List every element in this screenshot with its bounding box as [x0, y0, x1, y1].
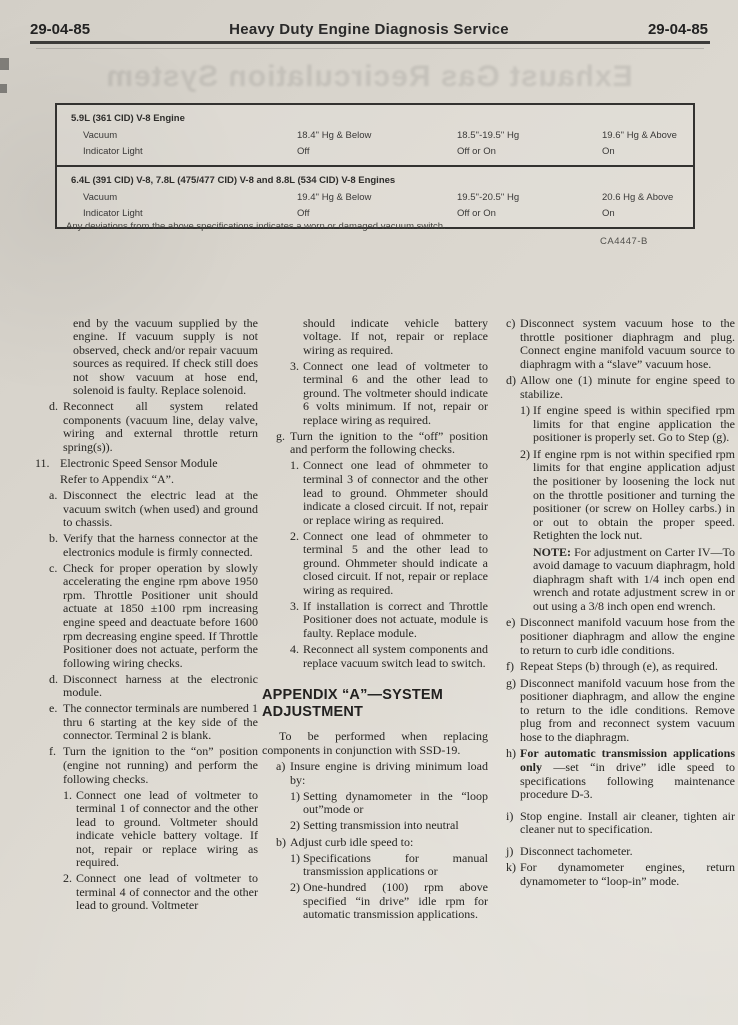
list-item-text: Connect one lead of voltmeter to termina…	[303, 360, 488, 428]
list-item-text: Turn the ignition to the “on” position (…	[63, 745, 258, 786]
page-title: Heavy Duty Engine Diagnosis Service	[229, 21, 509, 38]
table-note: Any deviations from the above specificat…	[66, 221, 446, 232]
list-item-label: 2.	[290, 530, 303, 598]
list-item-text: Disconnect the electric lead at the vacu…	[63, 489, 258, 530]
table-section-header: 6.4L (391 CID) V-8, 7.8L (475/477 CID) V…	[57, 172, 416, 190]
list-item: 1)Setting dynamometer in the “loop out”m…	[262, 790, 488, 817]
table-cell: Off or On	[457, 145, 602, 159]
figure-code: CA4447-B	[600, 236, 648, 247]
list-item: f.Turn the ignition to the “on” position…	[35, 745, 258, 786]
list-item: a)Insure engine is driving minimum load …	[262, 760, 488, 787]
list-item-label: e.	[49, 702, 63, 743]
list-item-text: If installation is correct and Throttle …	[303, 600, 488, 641]
list-item-label: 1)	[290, 790, 303, 817]
list-item-label: a)	[276, 760, 290, 787]
list-item-label: 3.	[290, 600, 303, 641]
text-column-2: should indicate vehicle battery voltage.…	[262, 314, 488, 924]
list-item: Refer to Appendix “A”.	[35, 473, 258, 487]
list-item-text: Insure engine is driving minimum load by…	[290, 760, 488, 787]
list-item-text: Stop engine. Install air cleaner, tighte…	[520, 810, 735, 837]
list-item-label: 2)	[520, 448, 533, 543]
list-item-text: Repeat Steps (b) through (e), as require…	[520, 660, 735, 674]
table-row: Indicator LightOffOff or OnOn	[57, 144, 693, 160]
table-row-label: Vacuum	[71, 191, 297, 205]
list-item: c)Disconnect system vacuum hose to the t…	[492, 317, 735, 371]
vacuum-spec-table: 5.9L (361 CID) V-8 EngineVacuum18.4'' Hg…	[55, 103, 695, 229]
section-heading: APPENDIX “A”—SYSTEM ADJUSTMENT	[262, 687, 488, 721]
list-item: b.Verify that the harness connector at t…	[35, 532, 258, 559]
list-item-text: One-hundred (100) rpm above specified “i…	[303, 881, 488, 922]
list-item-text: Adjust curb idle speed to:	[290, 836, 488, 850]
list-item: g)Disconnect manifold vacuum hose from t…	[492, 677, 735, 745]
list-item: j)Disconnect tachometer.	[492, 845, 735, 859]
list-item-text: Disconnect manifold vacuum hose from the…	[520, 616, 735, 657]
table-cell: Off or On	[457, 207, 602, 221]
page-number-left: 29-04-85	[30, 21, 90, 38]
list-item-label: 3.	[290, 360, 303, 428]
list-item: k)For dynamometer engines, return dynamo…	[492, 861, 735, 888]
list-item-label: i)	[506, 810, 520, 837]
list-item-text: Disconnect harness at the electronic mod…	[63, 673, 258, 700]
page-number-right: 29-04-85	[648, 21, 708, 38]
table-cell: 19.4'' Hg & Below	[297, 191, 457, 205]
list-item-label: 1)	[290, 852, 303, 879]
list-item-label: 11.	[35, 457, 60, 471]
list-item-text: For automatic transmission applications …	[520, 747, 735, 801]
list-item-text: Refer to Appendix “A”.	[60, 473, 258, 487]
table-row-label: Indicator Light	[71, 207, 297, 221]
list-item: i)Stop engine. Install air cleaner, tigh…	[492, 810, 735, 837]
list-item: d)Allow one (1) minute for engine speed …	[492, 374, 735, 401]
list-item-text: should indicate vehicle battery voltage.…	[303, 317, 488, 358]
list-item: 1.Connect one lead of ohmmeter to termin…	[262, 459, 488, 527]
list-item-label: f)	[506, 660, 520, 674]
note-paragraph: NOTE: For adjustment on Carter IV—To avo…	[492, 546, 735, 614]
list-item-text: Connect one lead of voltmeter to termina…	[76, 789, 258, 870]
list-item: e)Disconnect manifold vacuum hose from t…	[492, 616, 735, 657]
list-item-label: b)	[276, 836, 290, 850]
list-item: should indicate vehicle battery voltage.…	[262, 317, 488, 358]
list-item-text: Electronic Speed Sensor Module	[60, 457, 258, 471]
list-item-text: Reconnect all system components and repl…	[303, 643, 488, 670]
paragraph: To be performed when replacing component…	[262, 730, 488, 757]
list-item: end by the vacuum supplied by the engine…	[35, 317, 258, 398]
list-item-label: c.	[49, 562, 63, 670]
list-item: d.Disconnect harness at the electronic m…	[35, 673, 258, 700]
list-item-label: 1.	[63, 789, 76, 870]
list-item-label: 4.	[290, 643, 303, 670]
list-item: 2.Connect one lead of ohmmeter to termin…	[262, 530, 488, 598]
table-row-label: Indicator Light	[71, 145, 297, 159]
table-section: 6.4L (391 CID) V-8, 7.8L (475/477 CID) V…	[57, 165, 693, 227]
header-rule	[30, 41, 710, 44]
table-cell: On	[602, 207, 693, 221]
list-item-label: 1)	[520, 404, 533, 445]
table-cell: 19.6'' Hg & Above	[602, 129, 693, 143]
list-item-text: The connector terminals are numbered 1 t…	[63, 702, 258, 743]
list-item: 4.Reconnect all system components and re…	[262, 643, 488, 670]
list-item-label: g.	[276, 430, 290, 457]
table-row: Vacuum19.4'' Hg & Below19.5''-20.5'' Hg2…	[57, 190, 693, 206]
table-cell: Off	[297, 145, 457, 159]
table-row: Vacuum18.4'' Hg & Below18.5''-19.5'' Hg1…	[57, 128, 693, 144]
table-cell: 19.5''-20.5'' Hg	[457, 191, 602, 205]
list-item: 1.Connect one lead of voltmeter to termi…	[35, 789, 258, 870]
list-item-label: e)	[506, 616, 520, 657]
spec-table-body: 5.9L (361 CID) V-8 EngineVacuum18.4'' Hg…	[57, 105, 693, 227]
list-item-label: c)	[506, 317, 520, 371]
bleed-through-ghost-title: Exhaust Gas Recirculation System	[0, 54, 738, 100]
list-item: 11.Electronic Speed Sensor Module	[35, 457, 258, 471]
list-item: d.Reconnect all system related component…	[35, 400, 258, 454]
list-item: 2)One-hundred (100) rpm above specified …	[262, 881, 488, 922]
list-item-text: If engine rpm is not within specified rp…	[533, 448, 735, 543]
list-item: a.Disconnect the electric lead at the va…	[35, 489, 258, 530]
list-item: f)Repeat Steps (b) through (e), as requi…	[492, 660, 735, 674]
list-item: g.Turn the ignition to the “off” positio…	[262, 430, 488, 457]
list-item: 1)If engine speed is within specified rp…	[492, 404, 735, 445]
list-item-text: end by the vacuum supplied by the engine…	[73, 317, 258, 398]
list-item-text: Check for proper operation by slowly acc…	[63, 562, 258, 670]
list-item-text: Connect one lead of ohmmeter to terminal…	[303, 530, 488, 598]
table-row: Indicator LightOffOff or OnOn	[57, 206, 693, 222]
list-item-label: 1.	[290, 459, 303, 527]
list-item-text: Disconnect tachometer.	[520, 845, 735, 859]
header-rule-faint	[36, 48, 704, 49]
list-item-label: d.	[49, 400, 63, 454]
list-item-label: 2)	[290, 881, 303, 922]
table-section-header: 5.9L (361 CID) V-8 Engine	[57, 110, 416, 128]
list-item-text: Connect one lead of ohmmeter to terminal…	[303, 459, 488, 527]
table-cell: On	[602, 145, 693, 159]
list-item: 3.If installation is correct and Throttl…	[262, 600, 488, 641]
list-item-label: 2)	[290, 819, 303, 833]
list-item: c.Check for proper operation by slowly a…	[35, 562, 258, 670]
list-item-text: Verify that the harness connector at the…	[63, 532, 258, 559]
list-item: b)Adjust curb idle speed to:	[262, 836, 488, 850]
list-item: 2)Setting transmission into neutral	[262, 819, 488, 833]
list-item-text: Disconnect manifold vacuum hose from the…	[520, 677, 735, 745]
list-item-label: h)	[506, 747, 520, 801]
list-item-label: f.	[49, 745, 63, 786]
list-item-text: Connect one lead of voltmeter to termina…	[76, 872, 258, 913]
text-column-3: c)Disconnect system vacuum hose to the t…	[492, 314, 735, 891]
table-row-label: Vacuum	[71, 129, 297, 143]
list-item-text: Disconnect system vacuum hose to the thr…	[520, 317, 735, 371]
list-item-label: g)	[506, 677, 520, 745]
list-item-label: k)	[506, 861, 520, 888]
list-item: 3.Connect one lead of voltmeter to termi…	[262, 360, 488, 428]
table-section: 5.9L (361 CID) V-8 EngineVacuum18.4'' Hg…	[57, 105, 693, 165]
list-item: h)For automatic transmission application…	[492, 747, 735, 801]
list-item: e.The connector terminals are numbered 1…	[35, 702, 258, 743]
list-item-text: For dynamometer engines, return dynamome…	[520, 861, 735, 888]
list-item: 2)If engine rpm is not within specified …	[492, 448, 735, 543]
list-item-label: j)	[506, 845, 520, 859]
table-cell: Off	[297, 207, 457, 221]
list-item-label: d.	[49, 673, 63, 700]
list-item-text: Turn the ignition to the “off” position …	[290, 430, 488, 457]
list-item-text: Setting dynamometer in the “loop out”mod…	[303, 790, 488, 817]
list-item-text: If engine speed is within specified rpm …	[533, 404, 735, 445]
list-item-text: Allow one (1) minute for engine speed to…	[520, 374, 735, 401]
page-header: 29-04-85 Heavy Duty Engine Diagnosis Ser…	[30, 14, 708, 38]
list-item-text: Reconnect all system related components …	[63, 400, 258, 454]
list-item: 1)Specifications for manual transmission…	[262, 852, 488, 879]
list-item-text: Specifications for manual transmission a…	[303, 852, 488, 879]
list-item-label: 2.	[63, 872, 76, 913]
table-cell: 18.5''-19.5'' Hg	[457, 129, 602, 143]
list-item-text: Setting transmission into neutral	[303, 819, 488, 833]
text-column-1: end by the vacuum supplied by the engine…	[35, 314, 258, 915]
list-item-label: b.	[49, 532, 63, 559]
list-item: 2.Connect one lead of voltmeter to termi…	[35, 872, 258, 913]
list-item-label: a.	[49, 489, 63, 530]
table-cell: 20.6 Hg & Above	[602, 191, 693, 205]
table-cell: 18.4'' Hg & Below	[297, 129, 457, 143]
list-item-label: d)	[506, 374, 520, 401]
